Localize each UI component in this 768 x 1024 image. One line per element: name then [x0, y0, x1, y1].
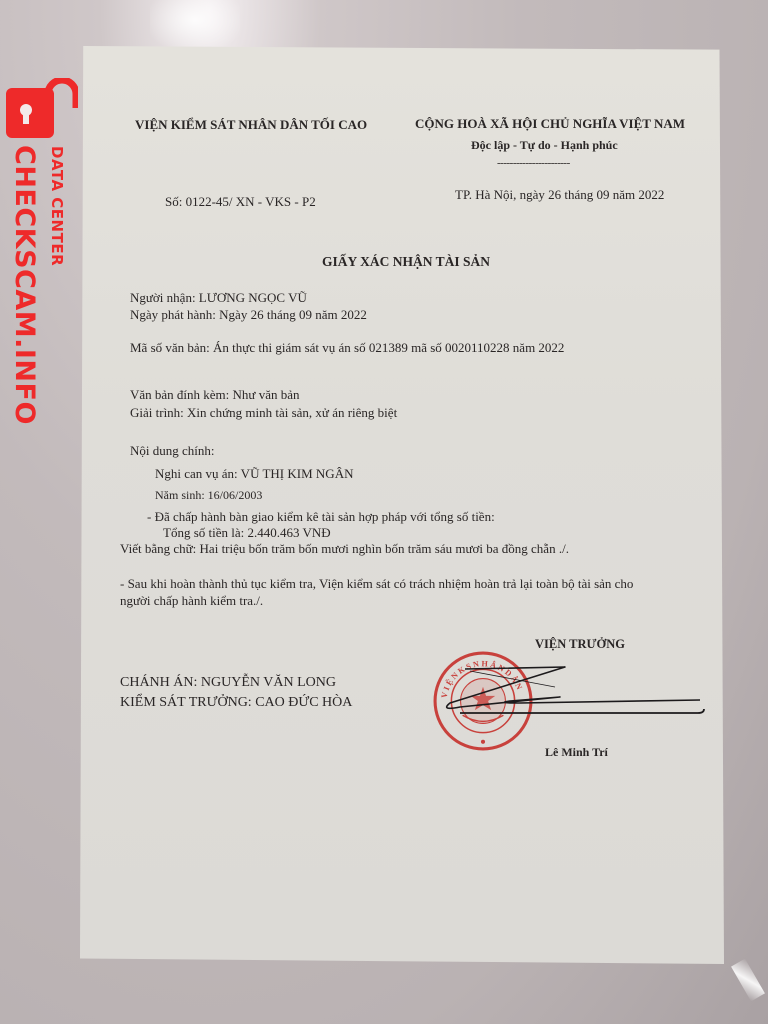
watermark: CHECKSCAM.INFO DATA CENTER: [0, 70, 90, 440]
refund-clause-cont: người chấp hành kiểm tra./.: [120, 593, 263, 609]
motto-rule: -----------------------: [497, 157, 570, 169]
explanation: Giải trình: Xin chứng minh tài sản, xử á…: [130, 405, 397, 421]
issuing-agency: VIỆN KIỂM SÁT NHÂN DÂN TỐI CAO: [135, 117, 367, 133]
amount-in-words: Viết bằng chữ: Hai triệu bốn trăm bốn mư…: [120, 541, 569, 557]
signer-name: Lê Minh Trí: [545, 745, 608, 760]
watermark-brand: CHECKSCAM.INFO: [9, 145, 40, 425]
national-title: CỘNG HOÀ XÃ HỘI CHỦ NGHĨA VIỆT NAM: [415, 116, 685, 132]
document-code: Mã số văn bản: Án thực thi giám sát vụ á…: [130, 340, 564, 356]
national-motto: Độc lập - Tự do - Hạnh phúc: [471, 138, 618, 153]
place-date: TP. Hà Nội, ngày 26 tháng 09 năm 2022: [455, 187, 664, 203]
suspect: Nghi can vụ án: VŨ THỊ KIM NGÂN: [155, 466, 353, 482]
watermark-subtitle: DATA CENTER: [48, 146, 66, 266]
signer-title: VIỆN TRƯỞNG: [535, 637, 625, 652]
refund-clause: - Sau khi hoàn thành thủ tục kiểm tra, V…: [120, 576, 633, 592]
chief-judge: CHÁNH ÁN: NGUYỄN VĂN LONG: [120, 675, 336, 691]
recipient: Người nhận: LƯƠNG NGỌC VŨ: [130, 290, 307, 306]
signature-icon: [440, 655, 710, 725]
total-amount: Tổng số tiền là: 2.440.463 VNĐ: [163, 525, 331, 541]
light-glare: [731, 959, 765, 1002]
main-content-label: Nội dung chính:: [130, 443, 215, 459]
padlock-icon: [4, 78, 78, 140]
document-paper: [80, 46, 724, 964]
chief-procurator: KIỂM SÁT TRƯỞNG: CAO ĐỨC HÒA: [120, 695, 352, 711]
document-title: GIẤY XÁC NHẬN TÀI SẢN: [322, 254, 490, 270]
handover-statement: - Đã chấp hành bàn giao kiểm kê tài sản …: [147, 509, 495, 525]
document-number: Số: 0122-45/ XN - VKS - P2: [165, 194, 316, 210]
attachment: Văn bản đính kèm: Như văn bản: [130, 387, 300, 403]
birth-year: Năm sinh: 16/06/2003: [155, 488, 262, 503]
light-glare: [150, 0, 240, 50]
issue-date: Ngày phát hành: Ngày 26 tháng 09 năm 202…: [130, 307, 367, 323]
